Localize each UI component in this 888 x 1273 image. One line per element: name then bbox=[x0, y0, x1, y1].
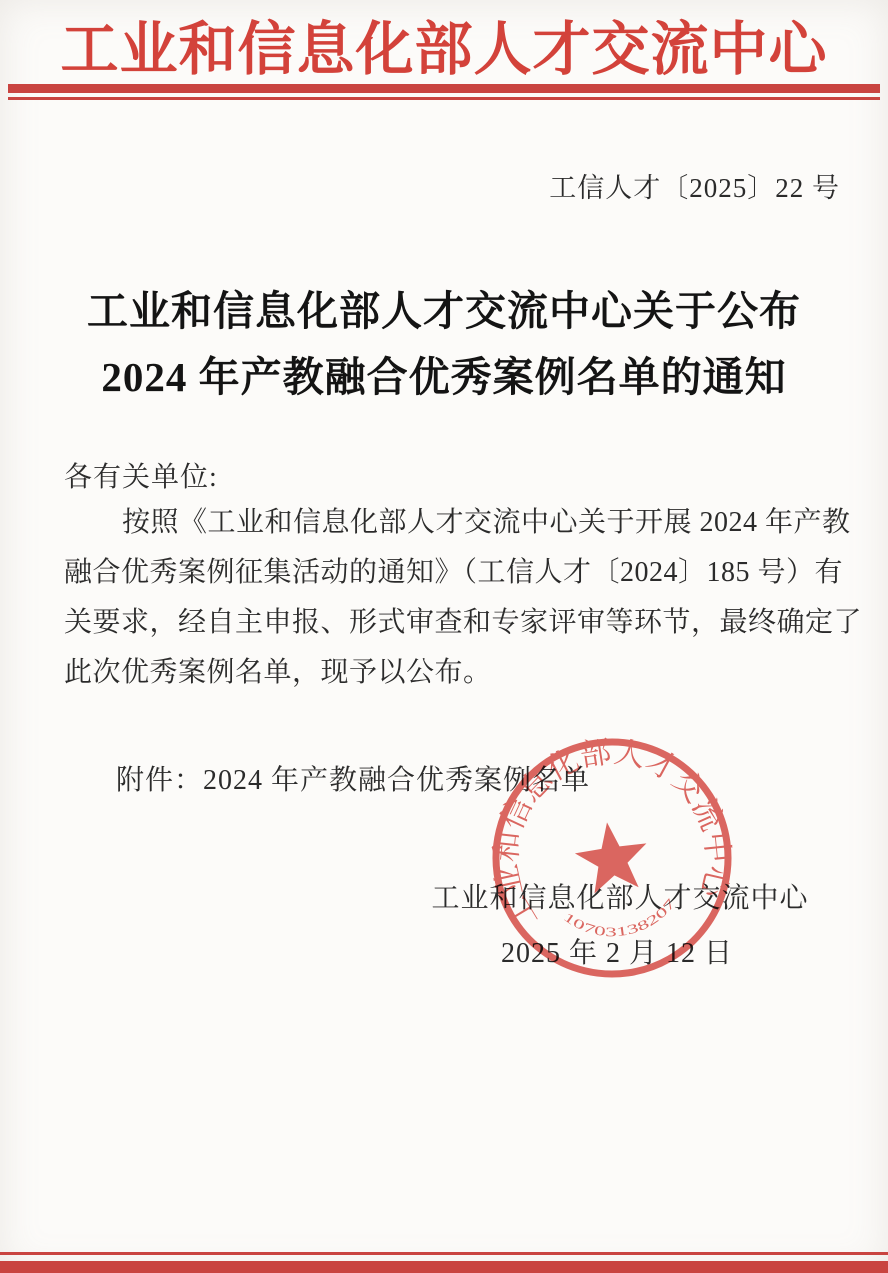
header-rule-thick bbox=[8, 84, 880, 93]
seal-serial-number: 10703138207 bbox=[559, 893, 682, 946]
header-rule-thin bbox=[8, 97, 880, 100]
svg-text:10703138207: 10703138207 bbox=[559, 893, 682, 946]
letterhead-title: 工业和信息化部人才交流中心 bbox=[0, 2, 888, 86]
paragraph-line: 关要求，经自主申报、形式审查和专家评审等环节，最终确定了 bbox=[64, 598, 844, 648]
footer-rule-thick bbox=[0, 1261, 888, 1273]
document-page: 工业和信息化部人才交流中心 工信人才〔2025〕22 号 工业和信息化部人才交流… bbox=[0, 0, 888, 1273]
paragraph-line: 按照《工业和信息化部人才交流中心关于开展 2024 年产教 bbox=[64, 498, 844, 548]
salutation: 各有关单位: bbox=[64, 455, 218, 495]
doc-number: 工信人才〔2025〕22 号 bbox=[549, 166, 840, 205]
body-paragraph: 按照《工业和信息化部人才交流中心关于开展 2024 年产教 融合优秀案例征集活动… bbox=[64, 498, 844, 698]
paragraph-line: 此次优秀案例名单，现予以公布。 bbox=[64, 648, 844, 698]
document-title: 工业和信息化部人才交流中心关于公布 2024 年产教融合优秀案例名单的通知 bbox=[0, 278, 888, 410]
paragraph-line: 融合优秀案例征集活动的通知》（工信人才〔2024〕185 号）有 bbox=[64, 548, 844, 598]
document-title-line1: 工业和信息化部人才交流中心关于公布 bbox=[0, 278, 888, 344]
document-title-line2: 2024 年产教融合优秀案例名单的通知 bbox=[0, 344, 888, 410]
seal-star-icon bbox=[571, 817, 652, 895]
footer-rule-thin bbox=[0, 1252, 888, 1255]
official-seal: 工业和信息化部人才交流中心 10703138207 bbox=[465, 711, 759, 1005]
